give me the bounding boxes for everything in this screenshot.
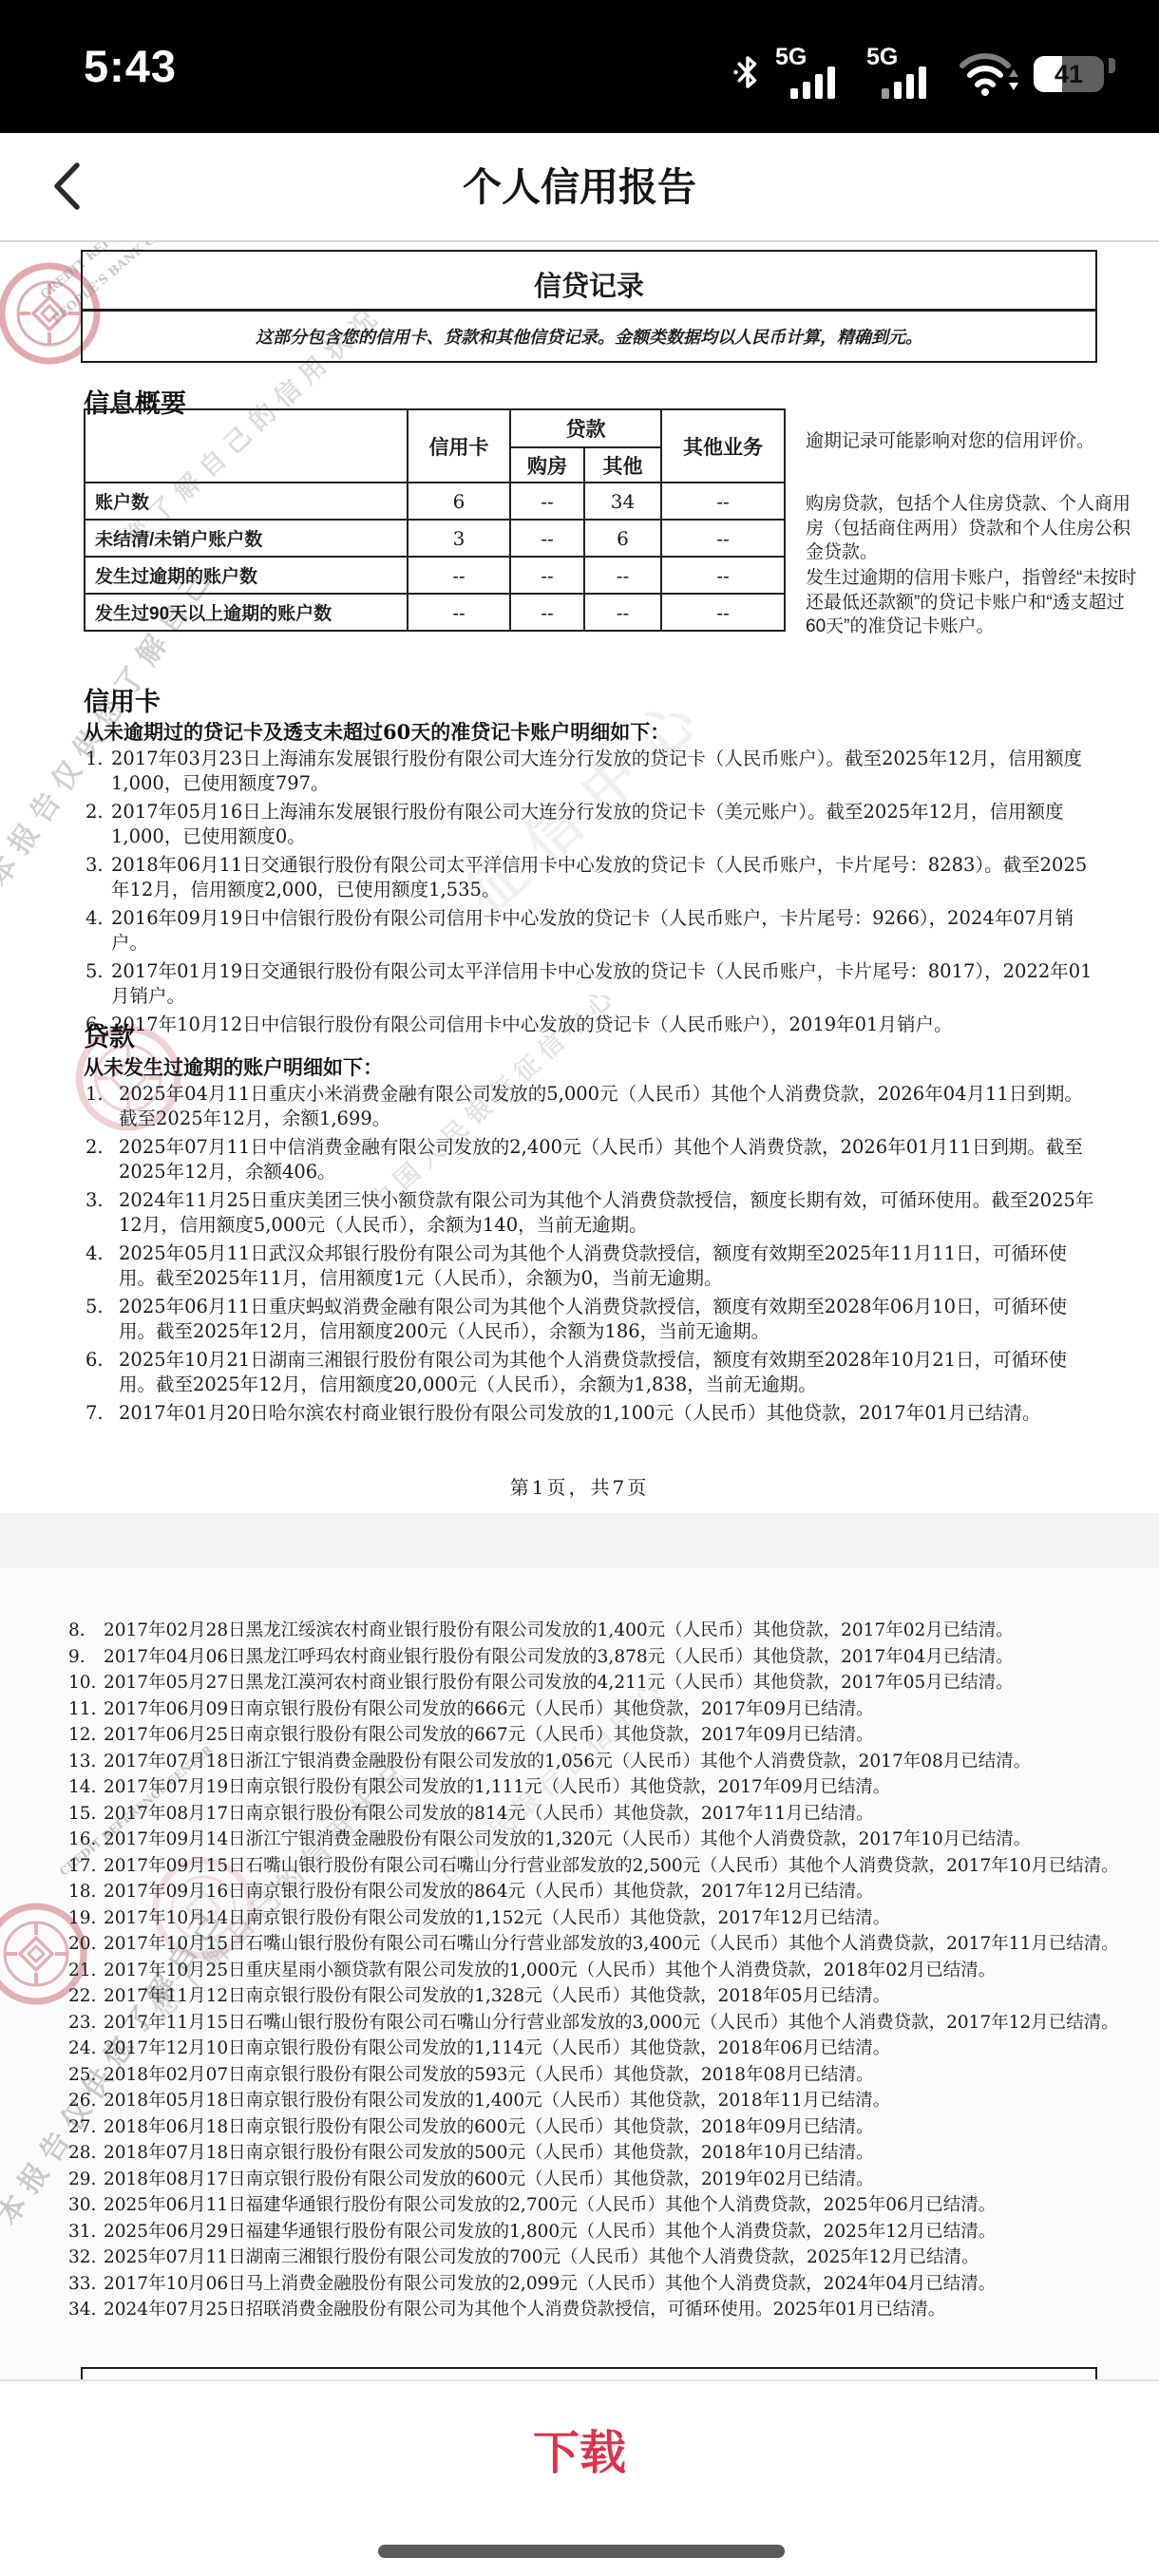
table-row: 发生过逾期的账户数 -- -- -- -- [85,557,785,594]
loan-item: 6.2025年10月21日湖南三湘银行股份有限公司为其他个人消费贷款授信，额度有… [85,1348,1094,1397]
row-label: 发生过逾期的账户数 [85,557,408,594]
section-subtitle: 这部分包含您的信用卡、贷款和其他信贷记录。金额类数据均以人民币计算，精确到元。 [83,324,1095,349]
report-content: 信贷记录 这部分包含您的信用卡、贷款和其他信贷记录。金额类数据均以人民币计算，精… [0,242,1159,2379]
loan-item: 25.2018年02月07日南京银行股份有限公司发放的593元（人民币）其他贷款… [68,2062,1123,2089]
page-number: 第1页，共7页 [0,1472,1159,1500]
summary-note: 发生过逾期的信用卡账户，指曾经“未按时还最低还款额”的贷记卡账户和“透支超过60… [806,566,1138,639]
status-time: 5:43 [84,40,177,92]
summary-note: 逾期记录可能影响对您的信用评价。 [806,429,1138,454]
credit-card-list: 1.2017年03月23日上海浦东发展银行股份有限公司大连分行发放的贷记卡（人民… [85,747,1094,1041]
credit-card-item: 3.2018年06月11日交通银行股份有限公司太平洋信用卡中心发放的贷记卡（人民… [85,853,1094,902]
loan-item: 3.2024年11月25日重庆美团三快小额贷款有限公司为其他个人消费贷款授信，额… [85,1188,1094,1238]
loan-item: 13.2017年07月18日浙江宁银消费金融股份有限公司发放的1,056元（人民… [68,1749,1123,1775]
row-label: 账户数 [85,483,408,520]
loan-item: 32.2025年07月11日湖南三湘银行股份有限公司发放的700元（人民币）其他… [68,2245,1123,2271]
cell-value: -- [510,520,584,557]
page2-loan-list: 8.2017年02月28日黑龙江绥滨农村商业银行股份有限公司发放的1,400元（… [68,1618,1123,2323]
loan-item: 23.2017年11月15日石嘴山银行股份有限公司石嘴山分行营业部发放的3,00… [68,2010,1123,2036]
cellular-signal-1-icon: 5G [775,47,853,101]
loan-item: 14.2017年07月19日南京银行股份有限公司发放的1,111元（人民币）其他… [68,1774,1123,1801]
cell-value: -- [510,557,584,594]
cell-value: -- [510,483,584,520]
loan-item: 5.2025年06月11日重庆蚂蚁消费金融有限公司为其他个人消费贷款授信，额度有… [85,1295,1094,1344]
loan-subheading: 从未发生过逾期的账户明细如下： [84,1052,383,1081]
table-corner-cell [85,409,408,483]
cell-value: 3 [408,520,510,557]
loan-item: 18.2017年09月16日南京银行股份有限公司发放的864元（人民币）其他贷款… [68,1879,1123,1905]
table-row: 账户数 6 -- 34 -- [85,483,785,520]
loan-item: 16.2017年09月14日浙江宁银消费金融股份有限公司发放的1,320元（人民… [68,1827,1123,1853]
home-indicator[interactable] [378,2545,785,2558]
credit-card-item: 6.2017年10月12日中信银行股份有限公司信用卡中心发放的贷记卡（人民币账户… [85,1013,1094,1037]
loan-item: 9.2017年04月06日黑龙江呼玛农村商业银行股份有限公司发放的3,878元（… [68,1644,1123,1671]
loan-item: 15.2017年08月17日南京银行股份有限公司发放的814元（人民币）其他贷款… [68,1801,1123,1828]
loan-item: 33.2017年10月06日马上消费金融股份有限公司发放的2,099元（人民币）… [68,2271,1123,2298]
section-header-box: 信贷记录 这部分包含您的信用卡、贷款和其他信贷记录。金额类数据均以人民币计算，精… [81,250,1097,363]
loan-item: 31.2025年06月29日福建华通银行股份有限公司发放的1,800元（人民币）… [68,2219,1123,2245]
nav-bar: 个人信用报告 [0,133,1159,242]
col-header-loan-other: 其他 [584,447,661,483]
summary-table: 信用卡 贷款 其他业务 购房 其他 账户数 6 -- 34 -- 未结清/未销户… [84,408,786,632]
loan-item: 1.2025年04月11日重庆小米消费金融有限公司发放的5,000元（人民币）其… [85,1082,1094,1131]
loan-item: 34.2024年07月25日招联消费金融股份有限公司为其他个人消费贷款授信，可循… [68,2297,1123,2323]
row-label: 发生过90天以上逾期的账户数 [85,594,408,631]
cell-value: -- [661,483,785,520]
row-label: 未结清/未销户账户数 [85,520,408,557]
loan-item: 17.2017年09月15日石嘴山银行股份有限公司石嘴山分行营业部发放的2,50… [68,1853,1123,1880]
phone-screen: 5:43 5G 5G [0,0,1159,2576]
cell-value: 6 [584,520,661,557]
cell-value: -- [661,594,785,631]
table-row: 未结清/未销户账户数 3 -- 6 -- [85,520,785,557]
cell-value: -- [408,557,510,594]
cell-value: -- [584,594,661,631]
loan-list: 1.2025年04月11日重庆小米消费金融有限公司发放的5,000元（人民币）其… [85,1082,1094,1430]
bluetooth-icon [733,50,762,99]
loan-item: 19.2017年10月14日南京银行股份有限公司发放的1,152元（人民币）其他… [68,1905,1123,1932]
summary-note: 购房贷款，包括个人住房贷款、个人商用房（包括商住两用）贷款和个人住房公积金贷款。 [806,492,1138,565]
loan-item: 7.2017年01月20日哈尔滨农村商业银行股份有限公司发放的1,100元（人民… [85,1401,1094,1426]
section-title: 信贷记录 [83,265,1095,304]
bottom-bar: 下载 [0,2379,1159,2576]
cell-value: 34 [584,483,661,520]
loan-item: 24.2017年12月10日南京银行股份有限公司发放的1,114元（人民币）其他… [68,2036,1123,2062]
credit-card-item: 2.2017年05月16日上海浦东发展银行股份有限公司大连分行发放的贷记卡（美元… [85,800,1094,849]
loan-heading: 贷款 [84,1016,135,1053]
cell-value: -- [584,557,661,594]
cell-value: -- [661,557,785,594]
battery-percent: 41 [1034,56,1104,92]
credit-card-heading: 信用卡 [84,681,161,718]
section-divider [83,309,1095,312]
loan-item: 2.2025年07月11日中信消费金融有限公司发放的2,400元（人民币）其他个… [85,1135,1094,1184]
download-button[interactable]: 下载 [0,2415,1159,2484]
battery-nub [1109,58,1115,73]
col-header-loan: 贷款 [510,409,661,447]
loan-item: 26.2018年05月18日南京银行股份有限公司发放的1,400元（人民币）其他… [68,2088,1123,2114]
loan-item: 8.2017年02月28日黑龙江绥滨农村商业银行股份有限公司发放的1,400元（… [68,1618,1123,1644]
loan-item: 10.2017年05月27日黑龙江漠河农村商业银行股份有限公司发放的4,211元… [68,1670,1123,1696]
cell-value: 6 [408,483,510,520]
loan-item: 22.2017年11月12日南京银行股份有限公司发放的1,328元（人民币）其他… [68,1983,1123,2010]
credit-card-item: 5.2017年01月19日交通银行股份有限公司太平洋信用卡中心发放的贷记卡（人民… [85,959,1094,1009]
page-title: 个人信用报告 [0,156,1159,212]
loan-item: 27.2018年06月18日南京银行股份有限公司发放的600元（人民币）其他贷款… [68,2114,1123,2141]
loan-item: 30.2025年06月11日福建华通银行股份有限公司发放的2,700元（人民币）… [68,2192,1123,2219]
cell-value: -- [661,520,785,557]
col-header-loan-house: 购房 [510,447,584,483]
table-row: 发生过90天以上逾期的账户数 -- -- -- -- [85,594,785,631]
cell-value: -- [510,594,584,631]
loan-item: 29.2018年08月17日南京银行股份有限公司发放的600元（人民币）其他贷款… [68,2167,1123,2193]
loan-item: 28.2018年07月18日南京银行股份有限公司发放的500元（人民币）其他贷款… [68,2140,1123,2167]
battery-icon: 41 [1034,56,1104,92]
status-bar: 5:43 5G 5G [0,0,1159,133]
credit-card-subheading: 从未逾期过的贷记卡及透支未超过60天的准贷记卡账户明细如下： [84,717,670,746]
loan-item: 20.2017年10月15日石嘴山银行股份有限公司石嘴山分行营业部发放的3,40… [68,1931,1123,1958]
wifi-icon [958,50,1020,98]
loan-item: 11.2017年06月09日南京银行股份有限公司发放的666元（人民币）其他贷款… [68,1696,1123,1723]
loan-item: 4.2025年05月11日武汉众邦银行股份有限公司为其他个人消费贷款授信，额度有… [85,1241,1094,1291]
loan-item: 12.2017年06月25日南京银行股份有限公司发放的667元（人民币）其他贷款… [68,1722,1123,1749]
status-icons: 5G 5G [733,47,1104,101]
cellular-signal-2-icon: 5G [866,47,944,101]
credit-card-item: 1.2017年03月23日上海浦东发展银行股份有限公司大连分行发放的贷记卡（人民… [85,747,1094,796]
credit-card-item: 4.2016年09月19日中信银行股份有限公司信用卡中心发放的贷记卡（人民币账户… [85,906,1094,956]
loan-item: 21.2017年10月25日重庆星雨小额贷款有限公司发放的1,000元（人民币）… [68,1958,1123,1984]
cell-value: -- [408,594,510,631]
report-document-viewport[interactable]: CREDIT REFERENCE CENTER PEOPLE'S BANK OF… [0,242,1159,2379]
next-section-box-cut [81,2367,1097,2379]
col-header-other-business: 其他业务 [661,409,785,483]
col-header-credit-card: 信用卡 [408,409,510,483]
